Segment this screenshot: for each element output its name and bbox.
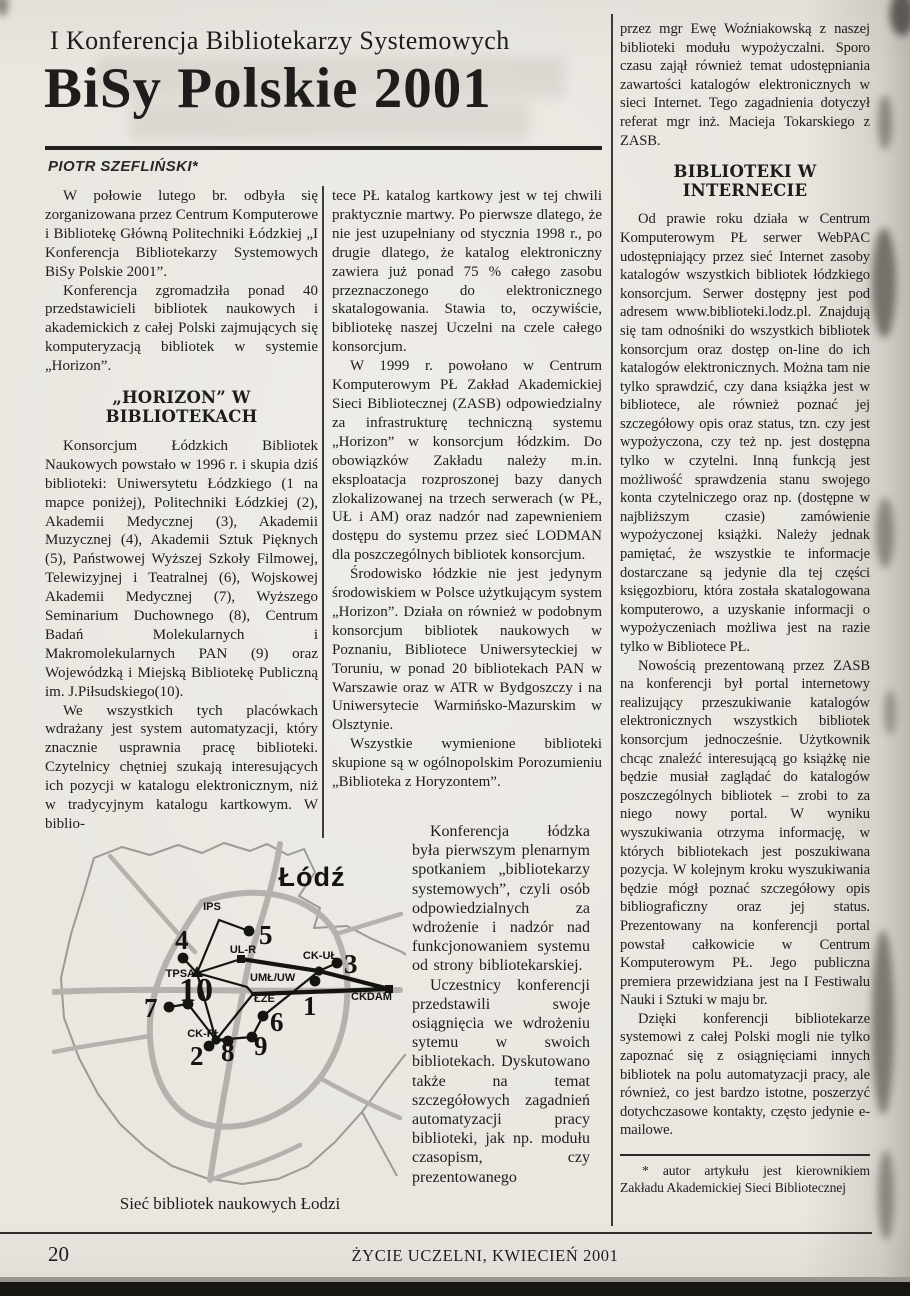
paragraph: Uczestnicy konferencji przedstawili swoj… [412,976,590,1187]
scan-bottom-black-bar [0,1282,910,1296]
scan-gutter-blotch [878,1150,894,1240]
footnote-block: * autor artykułu jest kierownikiem Zakła… [620,1154,870,1196]
library-number-1: 1 [303,991,317,1021]
paragraph: Konferencja zgromadziła ponad 40 przedst… [45,282,318,377]
lodz-library-network-map: Łódź 12345678910IPSUL-RCK-UŁTPSAUMŁ/UWŁZ… [52,840,406,1192]
roads [54,844,401,1180]
scan-gutter-blotch [872,930,894,1115]
library-dot-2 [204,1041,215,1052]
map-station-label: CK-UŁ [303,950,337,962]
column-2-narrow: Konferencja łódzka była pierwszym plenar… [412,822,590,1187]
junction-dot [314,966,323,975]
scan-gutter-blotch [884,690,896,735]
paragraph: Środowisko łódzkie nie jest jedynym środ… [332,565,602,735]
library-dot-1 [310,976,321,987]
paragraph: Nowością prezentowaną przez ZASB na konf… [620,657,870,1010]
column-1: W połowie lutego br. odbyła się zorganiz… [45,187,318,834]
paragraph: tece PŁ katalog kartkowy jest w tej chwi… [332,187,602,357]
paragraph: Konsorcjum Łódzkich Bibliotek Naukowych … [45,437,318,702]
library-number-3: 3 [344,949,358,979]
library-number-8: 8 [221,1037,235,1067]
library-number-4: 4 [175,925,189,955]
section-heading-horizon: „HORIZON” W BIBLIOTEKACH [45,389,318,427]
library-dot-5 [244,926,255,937]
map-station-label: CKDAM [351,991,392,1003]
map-svg: Łódź 12345678910IPSUL-RCK-UŁTPSAUMŁ/UWŁZ… [52,840,406,1192]
column-divider-1 [322,186,324,838]
map-station-label: UL-R [230,944,256,956]
page-number: 20 [48,1242,69,1267]
scanned-article-page: I Konferencja Bibliotekarzy Systemowych … [0,0,910,1296]
map-station-label: UMŁ/UW [250,972,296,984]
paragraph: We wszystkich tych placówkach wdrażany j… [45,702,318,834]
scan-gutter-blotch [876,498,894,568]
paragraph: Konferencja łódzka była pierwszym plenar… [412,822,590,976]
footer-rule [0,1232,872,1234]
paragraph: Wszystkie wymienione biblioteki skupione… [332,735,602,792]
library-number-2: 2 [190,1041,204,1071]
paragraph: przez mgr Ewę Woźniakowską z naszej bibl… [620,20,870,150]
page-title: BiSy Polskie 2001 [44,56,644,121]
library-number-5: 5 [259,920,273,950]
scan-corner-mark [890,0,910,36]
city-boundary-spur [362,1112,397,1176]
map-station-label: IPS [203,901,221,913]
library-number-7: 7 [144,993,158,1023]
library-number-9: 9 [254,1031,268,1061]
paragraph: Od prawie roku działa w Centrum Komputer… [620,210,870,656]
library-dot-6 [258,1011,269,1022]
ulr-node-mark [237,955,245,963]
author-byline: PIOTR SZEFLIŃSKI* [48,158,448,175]
paragraph: W 1999 r. powołano w Centrum Komputerowy… [332,357,602,565]
library-dot-7 [164,1002,175,1013]
map-station-label: CK-PŁ [187,1028,221,1040]
paragraph: W połowie lutego br. odbyła się zorganiz… [45,187,318,282]
paragraph: Dzięki konferencji bibliotekarze systemo… [620,1010,870,1140]
city-label: Łódź [279,862,346,892]
header-rule [45,146,602,150]
column-divider-2 [611,14,613,1226]
scan-gutter-blotch [872,228,896,338]
scan-corner-mark [0,0,8,16]
map-station-label: TPSA [166,968,195,980]
section-heading-internet: BIBLIOTEKI W INTERNECIE [620,163,870,200]
article-kicker: I Konferencja Bibliotekarzy Systemowych [50,26,650,56]
library-number-6: 6 [270,1007,284,1037]
journal-name: ŻYCIE UCZELNI, KWIECIEŃ 2001 [348,1246,622,1266]
column-2: tece PŁ katalog kartkowy jest w tej chwi… [332,187,602,792]
map-station-label: ŁZE [254,993,275,1005]
column-3: przez mgr Ewę Woźniakowską z naszej bibl… [620,20,870,1196]
map-caption: Sieć bibliotek naukowych Łodzi [55,1194,405,1214]
scan-gutter-blotch [878,95,892,150]
footnote-text: * autor artykułu jest kierownikiem Zakła… [620,1162,870,1196]
